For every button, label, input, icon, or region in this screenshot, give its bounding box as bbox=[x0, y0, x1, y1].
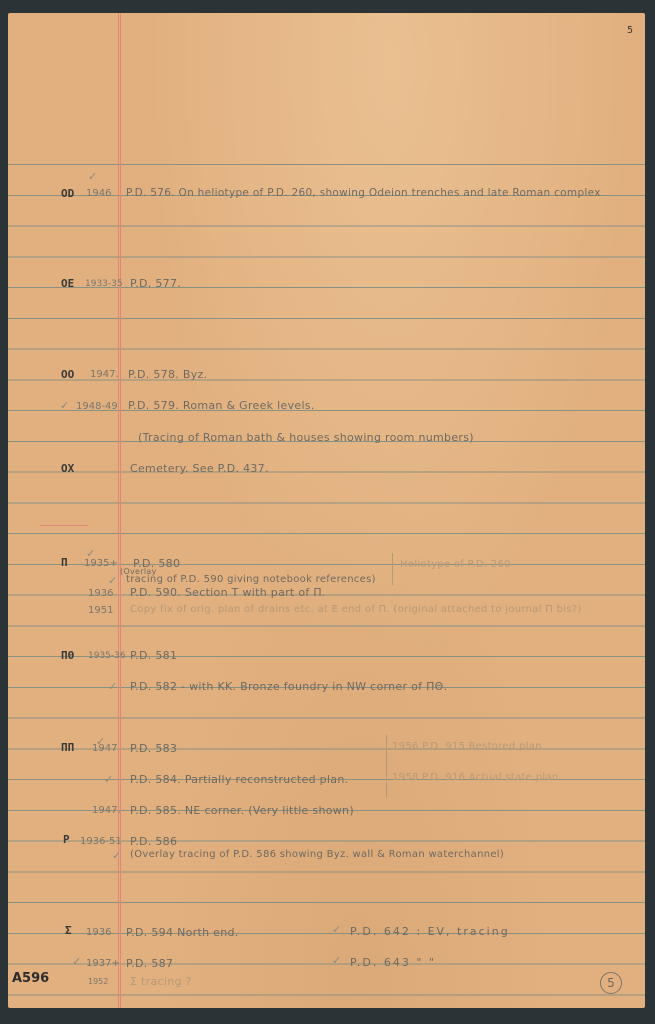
entry-text: P.D. 578. Byz. bbox=[128, 368, 207, 381]
entry-text: Σ tracing ? bbox=[130, 975, 192, 988]
entry-text: P.D. 587 bbox=[126, 957, 173, 970]
check-icon: ✓ bbox=[108, 574, 117, 587]
entry-text: P.D. 584. Partially reconstructed plan. bbox=[130, 773, 348, 786]
entry-code: OX bbox=[61, 462, 74, 475]
entry-text: P.D. 576. On heliotype of P.D. 260, show… bbox=[126, 187, 601, 199]
check-icon: ✓ bbox=[104, 773, 113, 786]
entry-code: ΠΘ bbox=[61, 649, 74, 662]
entry-text: P.D. 581 bbox=[130, 649, 177, 662]
entry-code: P bbox=[63, 833, 70, 846]
entry-text: P.D. 583 bbox=[130, 742, 177, 755]
entry-year: 1952 bbox=[88, 977, 108, 986]
circled-page-number: 5 bbox=[600, 972, 622, 994]
entry-year: 1948-49 bbox=[76, 401, 118, 412]
side-note: Heliotype of P.D. 260 bbox=[400, 559, 511, 570]
entry-text: P.D. 579. Roman & Greek levels. bbox=[128, 399, 315, 412]
entry-text: P.D. 586 bbox=[130, 835, 177, 848]
entry-year: 1937+ bbox=[86, 958, 120, 969]
side-note: P.D. 642 : EV, tracing bbox=[350, 925, 510, 938]
entry-text: P.D. 594 North end. bbox=[126, 926, 239, 939]
entry-text: P.D. 577. bbox=[130, 277, 181, 290]
entry-code: OE bbox=[61, 277, 74, 290]
check-icon: ✓ bbox=[332, 954, 341, 967]
entry-year: 1947 bbox=[92, 743, 117, 754]
entry-year: 1947. bbox=[90, 369, 119, 380]
side-note: 1956 P.D. 915 Restored plan bbox=[392, 741, 542, 752]
accession-number: A596 bbox=[12, 971, 49, 986]
entry-text: P.D. 590. Section T with part of Π. bbox=[130, 586, 326, 599]
entry-text: tracing of P.D. 590 giving notebook refe… bbox=[126, 574, 376, 585]
entry-year: 1936 bbox=[88, 588, 113, 599]
bracket bbox=[392, 553, 393, 585]
entry-year: 1946 bbox=[86, 188, 111, 199]
entry-code: Σ bbox=[65, 924, 72, 937]
check-icon: ✓ bbox=[332, 923, 341, 936]
bracket bbox=[386, 735, 387, 797]
entry-year: 1933-35 bbox=[85, 279, 123, 289]
entry-text: Copy fix of orig. plan of drains etc. at… bbox=[130, 603, 630, 616]
side-note: P.D. 643 " " bbox=[350, 956, 436, 969]
red-mark bbox=[40, 525, 88, 526]
entry-text: Cemetery. See P.D. 437. bbox=[130, 462, 269, 475]
entry-year: 1935-36 bbox=[88, 651, 126, 661]
check-icon: ✓ bbox=[60, 399, 69, 412]
entry-text: P.D. 582 - with KK. Bronze foundry in NW… bbox=[130, 680, 447, 693]
check-icon: ✓ bbox=[72, 955, 81, 968]
entry-text: (Overlay tracing of P.D. 586 showing Byz… bbox=[130, 849, 504, 860]
side-note: 1958 P.D. 916 Actual state plan bbox=[392, 772, 559, 783]
entry-text: P.D. 585. NE corner. (Very little shown) bbox=[130, 804, 354, 817]
entry-year: 1951 bbox=[88, 605, 113, 616]
entry-code: ΠΠ bbox=[61, 741, 74, 754]
entry-code: Π bbox=[61, 556, 68, 569]
page-number: 5 bbox=[627, 25, 633, 36]
ruled-lines bbox=[8, 164, 645, 1008]
check-icon: ✓ bbox=[108, 680, 117, 693]
entry-code: OD bbox=[61, 187, 74, 200]
entry-year: 1936 bbox=[86, 927, 111, 938]
entry-year: 1935+ bbox=[84, 558, 118, 569]
entry-text: (Tracing of Roman bath & houses showing … bbox=[138, 431, 474, 444]
entry-year: 1936-51 bbox=[80, 836, 122, 847]
notebook-page: 5 ✓ OD 1946 P.D. 576. On heliotype of P.… bbox=[8, 13, 645, 1008]
entry-year: 1947. bbox=[92, 805, 121, 816]
check-icon: ✓ bbox=[88, 170, 97, 183]
check-icon: ✓ bbox=[112, 849, 121, 862]
entry-code: OO bbox=[61, 368, 74, 381]
